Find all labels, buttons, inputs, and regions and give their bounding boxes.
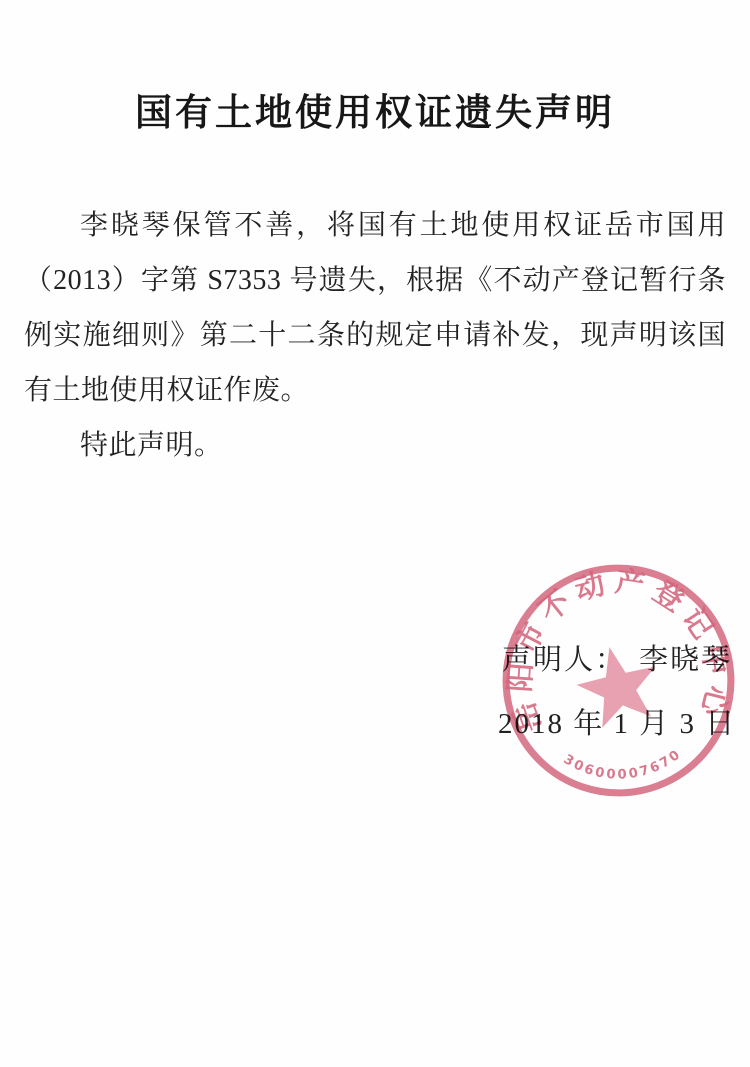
body-paragraph: 李晓琴保管不善，将国有土地使用权证岳市国用（2013）字第 S7353 号遗失，… xyxy=(24,198,726,418)
official-seal: 岳阳市不动产登记中心 4306000076707 xyxy=(490,553,747,808)
document-page: 国有土地使用权证遗失声明 李晓琴保管不善，将国有土地使用权证岳市国用（2013）… xyxy=(0,0,750,1067)
star-icon xyxy=(570,638,666,731)
document-body: 李晓琴保管不善，将国有土地使用权证岳市国用（2013）字第 S7353 号遗失，… xyxy=(24,198,726,473)
closing-paragraph: 特此声明。 xyxy=(24,418,726,473)
document-title: 国有土地使用权证遗失声明 xyxy=(0,82,750,136)
